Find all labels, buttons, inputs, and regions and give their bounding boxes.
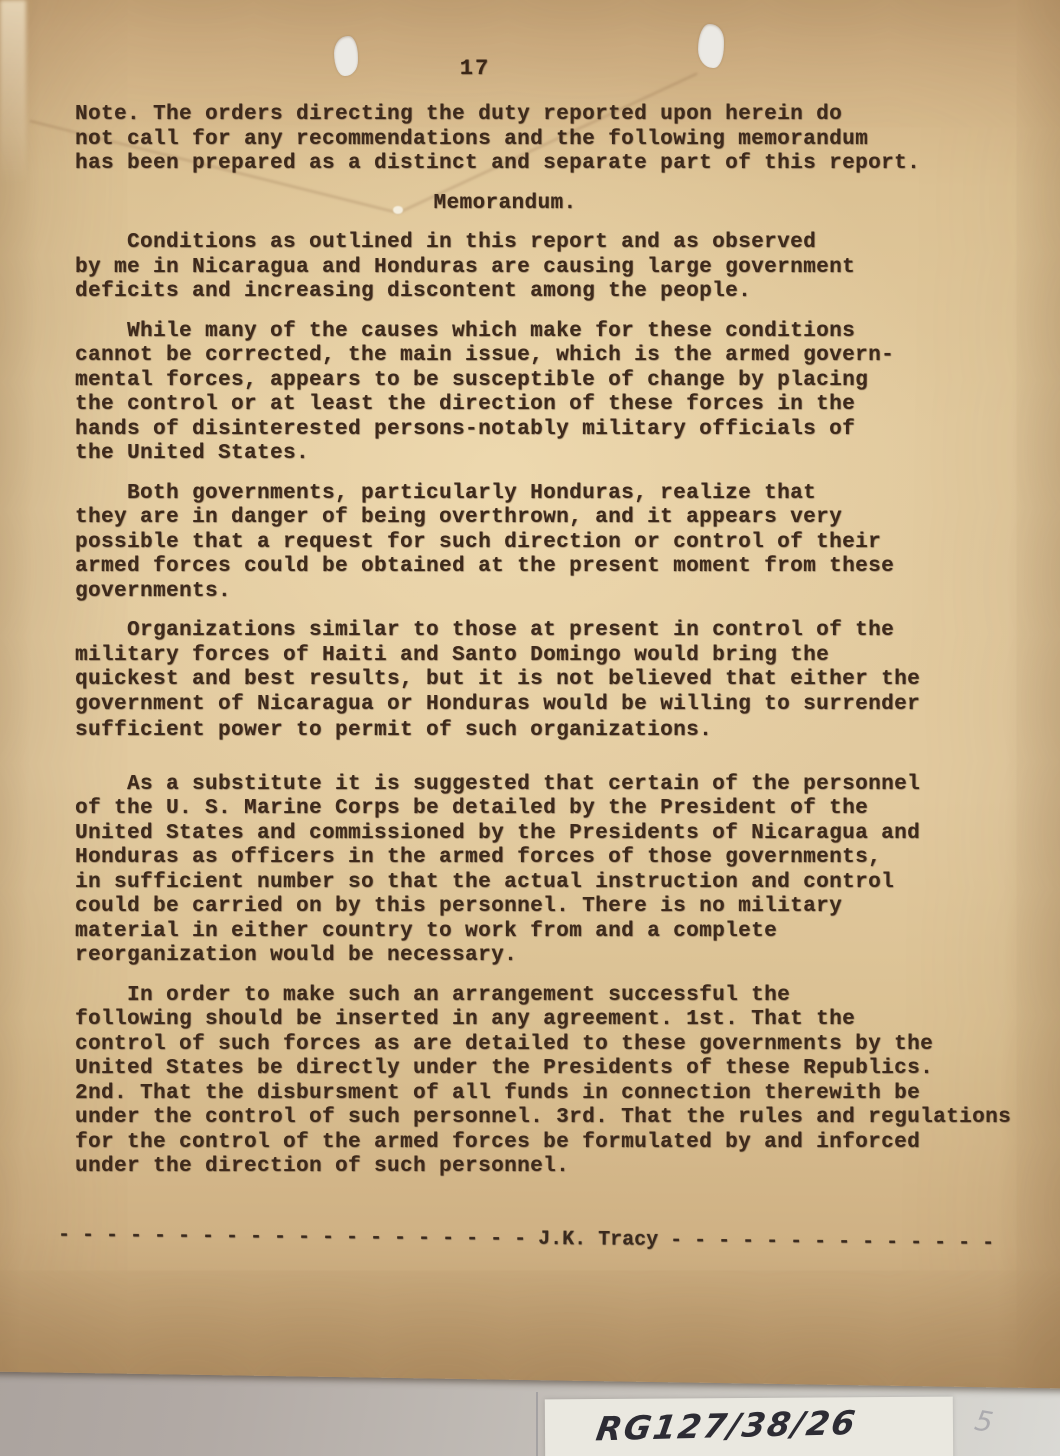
- paragraph-conditions: Conditions as outlined in this report an…: [75, 231, 1045, 305]
- typed-text-block: Note. The orders directing the duty repo…: [75, 103, 1045, 1195]
- paragraph-both-governments: Both governments, particularly Honduras,…: [75, 482, 1045, 605]
- paragraph-arrangement: In order to make such an arrangement suc…: [75, 984, 1045, 1180]
- pencil-mark: 5: [972, 1404, 995, 1440]
- memorandum-heading: Memorandum.: [20, 192, 990, 217]
- paragraph-causes: While many of the causes which make for …: [75, 320, 1045, 467]
- page-number: 17: [0, 56, 950, 81]
- paragraph-substitute: As a substitute it is suggested that cer…: [75, 773, 1045, 969]
- paragraph-organizations: Organizations similar to those at presen…: [75, 619, 1045, 717]
- photographed-document: 17 Note. The orders directing the duty r…: [0, 0, 1060, 1456]
- archive-reference: RG127/38/26: [594, 1403, 860, 1448]
- signature-dashes-left: - - - - - - - - - - - - - - - - - - - -: [58, 1224, 538, 1251]
- archive-label: RG127/38/26: [545, 1397, 953, 1456]
- note-paragraph: Note. The orders directing the duty repo…: [75, 103, 1045, 177]
- signature-dashes-right: - - - - - - - - - - - - - -: [658, 1229, 994, 1255]
- paper-edge-highlight: [0, 0, 26, 185]
- signature-name: J.K. Tracy: [538, 1228, 658, 1252]
- pencil-line: [536, 1392, 538, 1456]
- paragraph-organizations-overstruck-line: sufficient power to permit of such organ…: [75, 719, 1045, 744]
